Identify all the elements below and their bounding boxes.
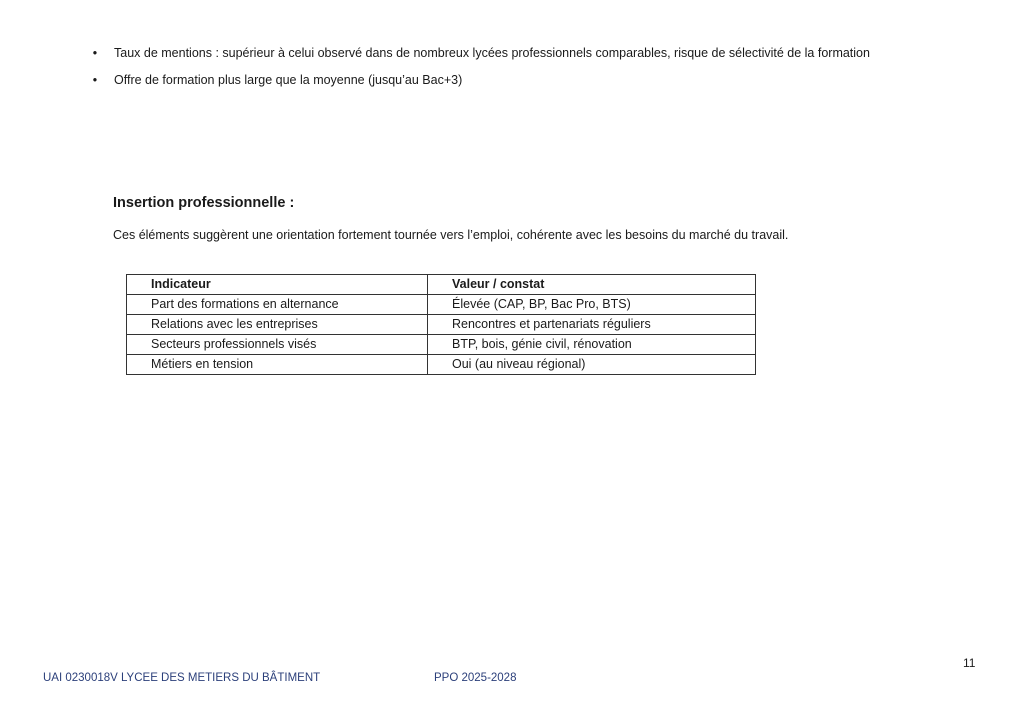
table-row: Part des formations en alternance Élevée…	[127, 295, 756, 315]
table-cell: Métiers en tension	[127, 355, 428, 375]
table-cell: Relations avec les entreprises	[127, 315, 428, 335]
bullet-text: Taux de mentions : supérieur à celui obs…	[114, 46, 870, 60]
bullet-list: • Taux de mentions : supérieur à celui o…	[90, 44, 870, 98]
table-cell: BTP, bois, génie civil, rénovation	[428, 335, 756, 355]
bullet-text: Offre de formation plus large que la moy…	[114, 73, 462, 87]
table-header-row: Indicateur Valeur / constat	[127, 275, 756, 295]
indicator-table: Indicateur Valeur / constat Part des for…	[126, 274, 756, 375]
bullet-icon: •	[90, 71, 100, 90]
section-intro: Ces éléments suggèrent une orientation f…	[113, 228, 788, 242]
column-header-indicator: Indicateur	[127, 275, 428, 295]
table-cell: Oui (au niveau régional)	[428, 355, 756, 375]
table-row: Métiers en tension Oui (au niveau région…	[127, 355, 756, 375]
table-cell: Élevée (CAP, BP, Bac Pro, BTS)	[428, 295, 756, 315]
list-item: • Taux de mentions : supérieur à celui o…	[90, 44, 870, 63]
table-cell: Part des formations en alternance	[127, 295, 428, 315]
column-header-value: Valeur / constat	[428, 275, 756, 295]
bullet-icon: •	[90, 44, 100, 63]
section-title: Insertion professionnelle :	[113, 195, 294, 211]
table-row: Relations avec les entreprises Rencontre…	[127, 315, 756, 335]
table-cell: Rencontres et partenariats réguliers	[428, 315, 756, 335]
page-number: 11	[963, 656, 975, 670]
table-row: Secteurs professionnels visés BTP, bois,…	[127, 335, 756, 355]
list-item: • Offre de formation plus large que la m…	[90, 71, 870, 90]
table-cell: Secteurs professionnels visés	[127, 335, 428, 355]
footer-document-name: PPO 2025-2028	[434, 672, 516, 684]
footer-school-name: UAI 0230018V LYCEE DES METIERS DU BÂTIME…	[43, 672, 320, 684]
